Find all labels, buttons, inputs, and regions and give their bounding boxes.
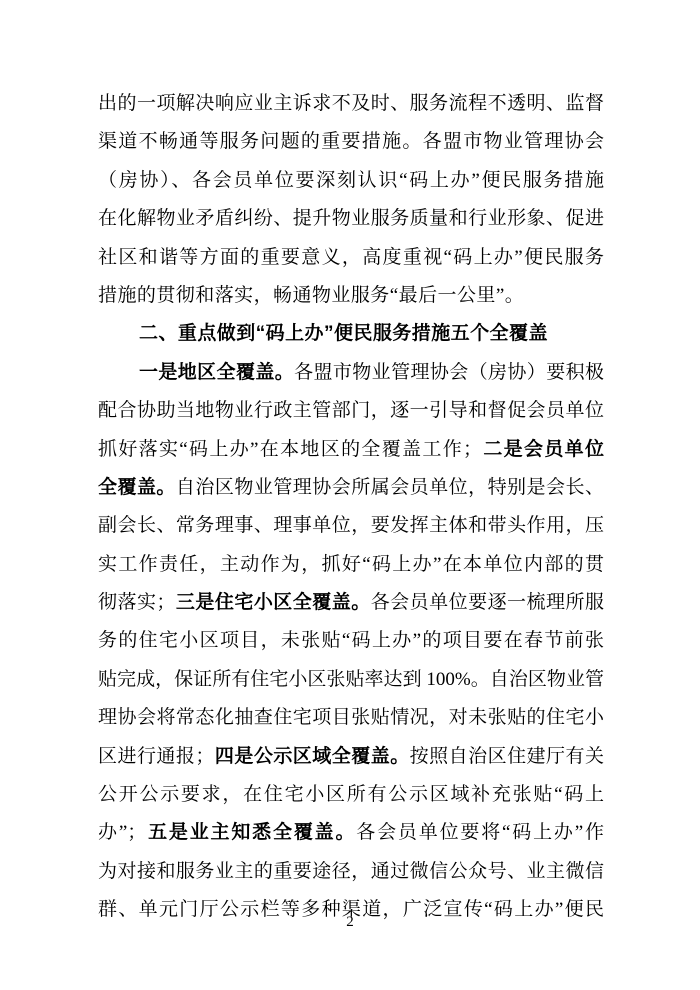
text-segment: 彻落实；	[98, 592, 175, 613]
text-segment: 自治区物业管理协会所属会员单位，特别是会长、	[176, 477, 604, 498]
text-segment: 副会长、常务理事、理事单位，要发挥主体和带头作用，压	[98, 515, 604, 536]
text-segment: 公开公示要求，在住宅小区所有公示区域补充张贴“码上	[98, 784, 604, 805]
text-segment: 按照自治区住建厅有关	[410, 746, 604, 767]
text-line: 区进行通报；四是公示区域全覆盖。按照自治区住建厅有关	[98, 738, 604, 776]
text-segment: 务的住宅小区项目，未张贴“码上办”的项目要在春节前张	[98, 630, 604, 651]
bold-text-segment: 二是会员单位	[482, 439, 604, 460]
text-line: 措施的贯彻和落实，畅通物业服务“最后一公里”。	[98, 277, 604, 315]
text-segment: 实工作责任，主动作为，抓好“码上办”在本单位内部的贯	[98, 554, 604, 575]
text-segment: 社区和谐等方面的重要意义，高度重视“码上办”便民服务	[98, 247, 604, 268]
text-line: 二、重点做到“码上办”便民服务措施五个全覆盖	[98, 315, 604, 353]
bold-text-segment: 全覆盖。	[98, 477, 176, 498]
document-body: 出的一项解决响应业主诉求不及时、服务流程不透明、监督渠道不畅通等服务问题的重要措…	[98, 85, 604, 930]
text-line: 实工作责任，主动作为，抓好“码上办”在本单位内部的贯	[98, 546, 604, 584]
text-segment: 为对接和服务业主的重要途径，通过微信公众号、业主微信	[98, 861, 604, 882]
bold-text-segment: 四是公示区域全覆盖。	[214, 746, 409, 767]
text-segment: 抓好落实“码上办”在本地区的全覆盖工作；	[98, 439, 482, 460]
text-line: 一是地区全覆盖。各盟市物业管理协会（房协）要积极	[98, 354, 604, 392]
text-line: 抓好落实“码上办”在本地区的全覆盖工作；二是会员单位	[98, 431, 604, 469]
text-segment: 区进行通报；	[98, 746, 214, 767]
text-segment: 各会员单位要逐一梳理所服	[371, 592, 604, 613]
text-segment: 在化解物业矛盾纠纷、提升物业服务质量和行业形象、促进	[98, 208, 604, 229]
bold-text-segment: 一是地区全覆盖。	[139, 362, 294, 383]
text-line: 渠道不畅通等服务问题的重要措施。各盟市物业管理协会	[98, 123, 604, 161]
text-segment: 措施的贯彻和落实，畅通物业服务“最后一公里”。	[98, 285, 524, 306]
document-page: 出的一项解决响应业主诉求不及时、服务流程不透明、监督渠道不畅通等服务问题的重要措…	[0, 0, 700, 990]
text-line: （房协）、各会员单位要深刻认识“码上办”便民服务措施	[98, 162, 604, 200]
text-segment: 办”；	[98, 822, 146, 843]
text-segment: 渠道不畅通等服务问题的重要措施。各盟市物业管理协会	[98, 131, 604, 152]
text-line: 副会长、常务理事、理事单位，要发挥主体和带头作用，压	[98, 507, 604, 545]
text-segment: 各会员单位要将“码上办”作	[356, 822, 604, 843]
bold-text-segment: 三是住宅小区全覆盖。	[175, 592, 370, 613]
text-line: 全覆盖。自治区物业管理协会所属会员单位，特别是会长、	[98, 469, 604, 507]
page-number: 2	[0, 910, 700, 934]
text-segment: 配合协助当地物业行政主管部门，逐一引导和督促会员单位	[98, 400, 604, 421]
text-segment: 各盟市物业管理协会（房协）要积极	[294, 362, 604, 383]
text-line: 理协会将常态化抽查住宅项目张贴情况，对未张贴的住宅小	[98, 699, 604, 737]
text-segment: 贴完成，保证所有住宅小区张贴率达到 100%。自治区物业管	[98, 669, 604, 690]
text-line: 贴完成，保证所有住宅小区张贴率达到 100%。自治区物业管	[98, 661, 604, 699]
text-segment: 理协会将常态化抽查住宅项目张贴情况，对未张贴的住宅小	[98, 707, 604, 728]
text-line: 社区和谐等方面的重要意义，高度重视“码上办”便民服务	[98, 239, 604, 277]
text-line: 彻落实；三是住宅小区全覆盖。各会员单位要逐一梳理所服	[98, 584, 604, 622]
text-line: 出的一项解决响应业主诉求不及时、服务流程不透明、监督	[98, 85, 604, 123]
text-line: 在化解物业矛盾纠纷、提升物业服务质量和行业形象、促进	[98, 200, 604, 238]
text-segment: （房协）、各会员单位要深刻认识“码上办”便民服务措施	[98, 170, 604, 191]
text-line: 为对接和服务业主的重要途径，通过微信公众号、业主微信	[98, 853, 604, 891]
text-segment: 出的一项解决响应业主诉求不及时、服务流程不透明、监督	[98, 93, 604, 114]
bold-text-segment: 五是业主知悉全覆盖。	[146, 822, 356, 843]
text-line: 公开公示要求，在住宅小区所有公示区域补充张贴“码上	[98, 776, 604, 814]
text-line: 务的住宅小区项目，未张贴“码上办”的项目要在春节前张	[98, 622, 604, 660]
text-line: 办”；五是业主知悉全覆盖。各会员单位要将“码上办”作	[98, 814, 604, 852]
bold-text-segment: 二、重点做到“码上办”便民服务措施五个全覆盖	[139, 323, 548, 344]
text-line: 配合协助当地物业行政主管部门，逐一引导和督促会员单位	[98, 392, 604, 430]
